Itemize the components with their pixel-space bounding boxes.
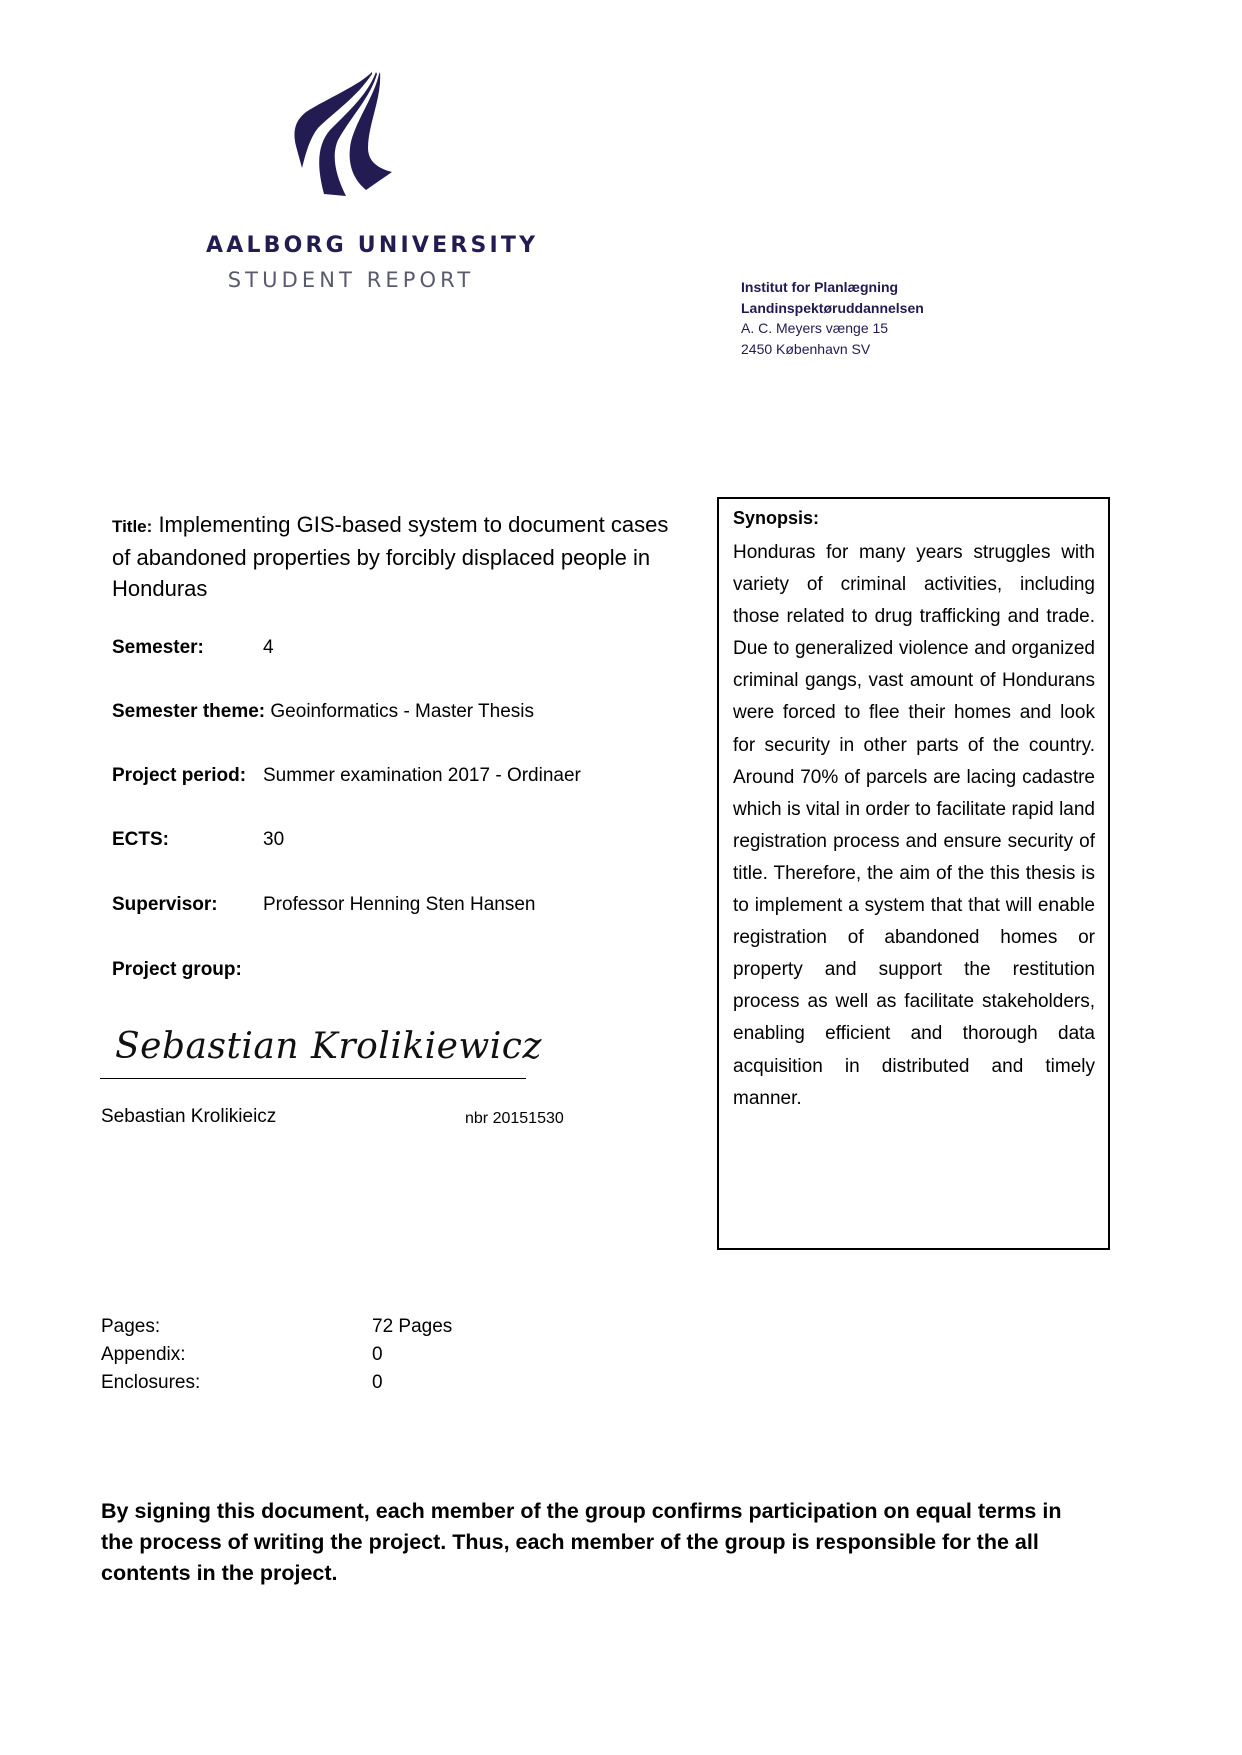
field-value: 30	[263, 829, 284, 851]
count-label: Appendix:	[101, 1344, 186, 1365]
signer-name: Sebastian Krolikieicz	[101, 1106, 276, 1128]
field-label: Project group:	[112, 959, 242, 981]
aalborg-logo-icon	[288, 68, 398, 198]
title-label: Title:	[112, 517, 152, 536]
count-enclosures: Enclosures: 0	[101, 1369, 200, 1397]
field-supervisor: Supervisor: Professor Henning Sten Hanse…	[112, 894, 218, 916]
address-street: A. C. Meyers vænge 15	[741, 318, 924, 339]
title-text: Implementing GIS-based system to documen…	[112, 512, 668, 601]
count-value: 0	[372, 1341, 383, 1369]
field-label: Project period:	[112, 765, 246, 787]
page-counts: Pages: 72 Pages Appendix: 0 Enclosures: …	[101, 1313, 200, 1397]
signature-line	[100, 1078, 526, 1079]
count-value: 72 Pages	[372, 1313, 452, 1341]
group-declaration: By signing this document, each member of…	[101, 1496, 1091, 1589]
count-label: Enclosures:	[101, 1372, 200, 1393]
synopsis-heading: Synopsis:	[733, 508, 819, 529]
count-appendix: Appendix: 0	[101, 1341, 200, 1369]
handwritten-signature: Sebastian Krolikiewicz	[115, 1026, 542, 1067]
address-department: Landinspektøruddannelsen	[741, 298, 924, 319]
institute-address: Institut for Planlægning Landinspektørud…	[741, 277, 924, 359]
field-label: Semester theme:	[112, 701, 265, 723]
field-value: Professor Henning Sten Hansen	[263, 894, 536, 916]
report-type: STUDENT REPORT	[206, 268, 496, 292]
count-value: 0	[372, 1369, 383, 1397]
field-value: Geoinformatics - Master Thesis	[270, 701, 534, 722]
field-label: Semester:	[112, 637, 204, 659]
field-project-group: Project group:	[112, 959, 242, 981]
address-city: 2450 København SV	[741, 339, 924, 360]
field-semester: Semester: 4	[112, 637, 204, 659]
field-project-period: Project period: Summer examination 2017 …	[112, 765, 246, 787]
field-ects: ECTS: 30	[112, 829, 169, 851]
field-value: 4	[263, 637, 274, 659]
field-label: Supervisor:	[112, 894, 218, 916]
count-pages: Pages: 72 Pages	[101, 1313, 200, 1341]
field-label: ECTS:	[112, 829, 169, 851]
count-label: Pages:	[101, 1316, 160, 1337]
project-title: Title: Implementing GIS-based system to …	[112, 509, 672, 604]
synopsis-text: Honduras for many years struggles with v…	[733, 537, 1095, 1115]
field-value: Summer examination 2017 - Ordinaer	[263, 765, 581, 787]
student-number: nbr 20151530	[465, 1110, 564, 1128]
address-institute: Institut for Planlægning	[741, 277, 924, 298]
field-semester-theme: Semester theme: Geoinformatics - Master …	[112, 701, 534, 723]
university-name: AALBORG UNIVERSITY	[206, 233, 496, 258]
